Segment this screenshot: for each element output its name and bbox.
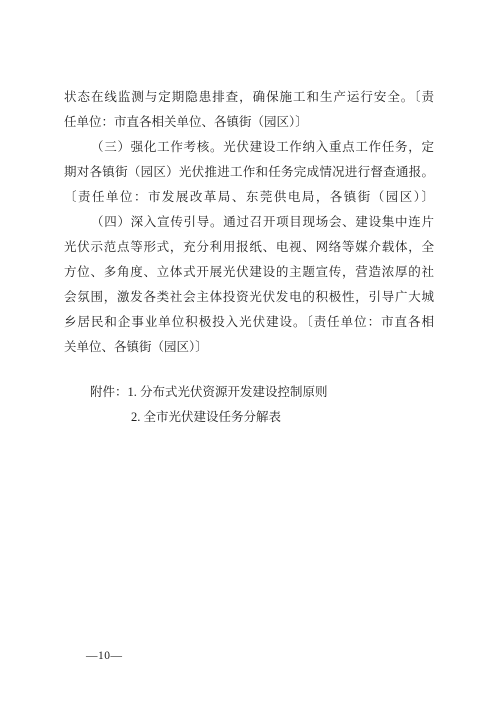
- body-text-line: 方位、多角度、立体式开展光伏建设的主题宣传，营造浓厚的社: [64, 260, 434, 285]
- document-page: 状态在线监测与定期隐患排查，确保施工和生产运行安全。〔责 任单位：市直各相关单位…: [0, 0, 499, 705]
- document-body: 状态在线监测与定期隐患排查，确保施工和生产运行安全。〔责 任单位：市直各相关单位…: [64, 85, 434, 430]
- body-text-line: 〔责任单位：市发展改革局、东莞供电局，各镇街（园区）〕: [64, 185, 434, 210]
- attachment-item: 1. 分布式光伏资源开发建设控制原则: [128, 385, 328, 399]
- attachment-label: 附件：: [90, 385, 128, 399]
- body-text-line: 光伏示范点等形式，充分利用报纸、电视、网络等媒介载体，全: [64, 235, 434, 260]
- body-text-line: 会氛围，激发各类社会主体投资光伏发电的积极性，引导广大城: [64, 285, 434, 310]
- body-text-line: 状态在线监测与定期隐患排查，确保施工和生产运行安全。〔责: [64, 85, 434, 110]
- body-text-line: 期对各镇街（园区）光伏推进工作和任务完成情况进行督查通报。: [64, 160, 434, 185]
- body-text-line: 乡居民和企事业单位积极投入光伏建设。〔责任单位：市直各相: [64, 310, 434, 335]
- body-text-line: （四）深入宣传引导。通过召开项目现场会、建设集中连片: [64, 210, 434, 235]
- attachments-block: 附件：1. 分布式光伏资源开发建设控制原则 2. 全市光伏建设任务分解表: [64, 380, 434, 430]
- attachment-line: 附件：1. 分布式光伏资源开发建设控制原则: [64, 380, 434, 405]
- body-text-line: （三）强化工作考核。光伏建设工作纳入重点工作任务，定: [64, 135, 434, 160]
- body-text-line: 任单位：市直各相关单位、各镇街（园区）〕: [64, 110, 434, 135]
- body-text-line: 关单位、各镇街（园区）〕: [64, 335, 434, 360]
- page-number: —10—: [86, 649, 123, 663]
- attachment-item: 2. 全市光伏建设任务分解表: [64, 405, 434, 430]
